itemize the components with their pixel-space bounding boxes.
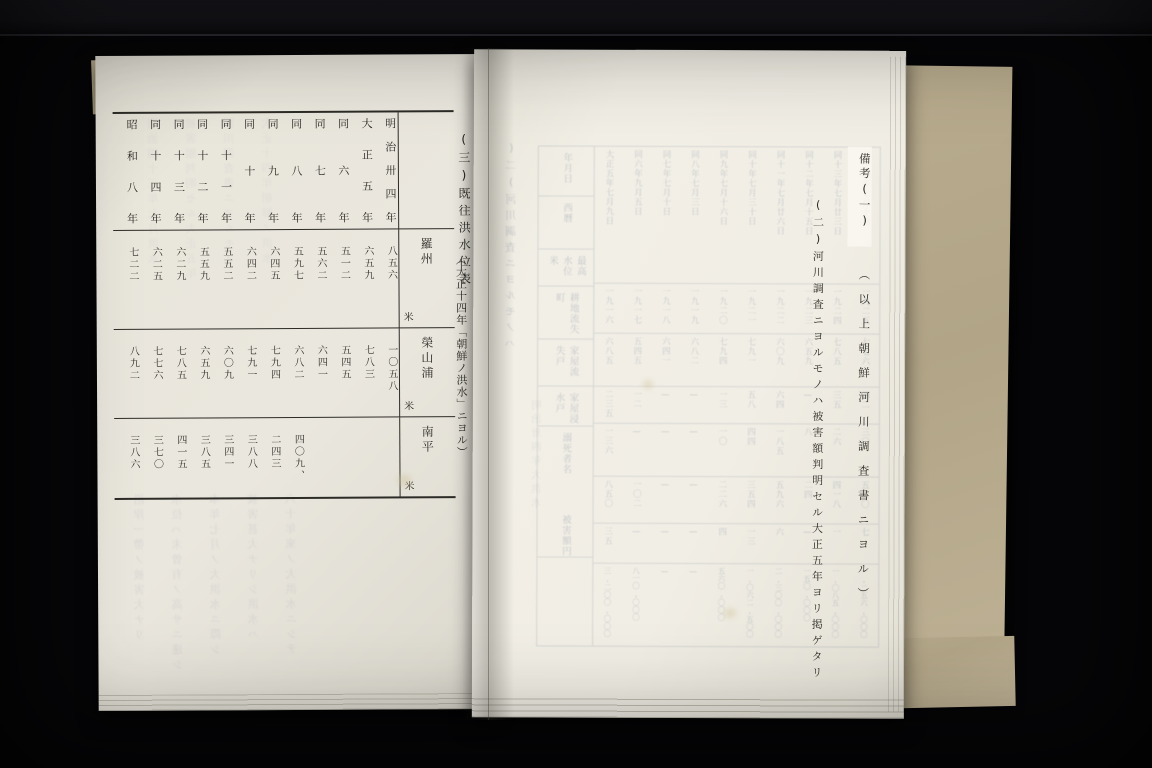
ghost-columns: 大正五年七月九日 一九一六 六八五 二三五 一三六 八五〇 三五 三,二〇〇,〇… <box>593 147 880 647</box>
ghost-date: 同十一年七月廿六日 <box>774 147 786 283</box>
ghost-cell: 二三五 <box>602 387 614 423</box>
water-level-value <box>329 418 353 497</box>
ghost-cell: 三五 <box>602 524 614 563</box>
ghost-cell: 一三 <box>744 524 756 563</box>
left-page: 大正十四年朝鮮ノ洪水河川調査書ニヨルモノ被害額判明セル大正五年明治四十三年七月洪… <box>95 54 493 711</box>
year-column-header: 同八年 <box>280 113 304 224</box>
water-level-value: 二四三 <box>258 418 282 497</box>
ghost-western-year: 一九二二 <box>773 284 785 333</box>
ghost-damage-amount: 一,〇八五,〇〇〇 <box>830 564 841 646</box>
bleed-column: 沿岸一帶ノ被害大ナリ <box>132 494 149 719</box>
water-level-value: 六五九 <box>187 329 211 417</box>
water-level-value: 三八六 <box>117 419 141 498</box>
water-level-value: 四〇九、 <box>282 418 306 497</box>
water-level-value: 七九四 <box>258 329 282 417</box>
ghost-cell: 四 <box>716 524 728 563</box>
ghost-cell: — <box>688 524 698 563</box>
ghost-cell: 一 <box>830 524 842 563</box>
ghost-cell: — <box>660 477 670 523</box>
station-name: 南平 <box>419 425 436 455</box>
station-cell: 羅州 米 <box>398 229 455 327</box>
ghost-year-column: 同八年七月三日 一九一九 六八二 — — — — — <box>679 147 709 646</box>
backdrop-top-edge <box>0 0 1152 36</box>
water-level-value: 三八八 <box>235 418 259 497</box>
ghost-western-year: 一九一六 <box>602 284 614 333</box>
ghost-cell: — <box>660 424 670 476</box>
ghost-year-column: 同七年七月十日 一九一八 六四一 — — — — — <box>650 147 680 646</box>
water-level-value: 六〇九 <box>211 329 235 417</box>
ghost-cell: 一八五 <box>773 424 785 476</box>
year-column-header: 同七年 <box>304 113 328 224</box>
ghost-cell: 六〇九 <box>773 334 785 386</box>
ghost-year-column: 同六年九月五日 一九一七 五四五 一二 — 一〇二 — 八一〇,〇〇〇 <box>622 147 652 646</box>
ghost-date: 同六年九月五日 <box>631 147 643 283</box>
ghost-cell: — <box>631 424 641 476</box>
ghost-cell: — <box>688 424 698 476</box>
ghost-date: 同十三年七月廿三日 <box>831 147 843 283</box>
ghost-cell: 三五 <box>830 387 842 423</box>
bleed-column: 被害甚大ナリシ洪水ハ <box>246 493 263 718</box>
ghost-year-column: 同十一年七月廿六日 一九二二 六〇九 六四 一八五 五九六 六 二,三〇〇,〇〇… <box>764 147 794 646</box>
table-row-yeongsanpo: 一〇五八七八三五四五六四一六八二七九四七九一六〇九六五九七八五七七六八九二 榮山… <box>114 328 455 419</box>
ghost-cell: 七九一 <box>745 334 757 386</box>
right-page: 年月日西曆最高水位米耕地流失町家屋流失戸家屋浸水戸溺死者名被害額円 大正五年七月… <box>472 49 906 719</box>
ghost-cell: — <box>688 477 698 523</box>
ghost-cell: — <box>660 387 670 423</box>
water-level-value: 七九一 <box>234 329 258 417</box>
ghost-cell: 二六 <box>830 424 842 476</box>
ghost-row-header: 最高水位米 <box>538 249 593 286</box>
remarks-note-one: 備考(一)（以上朝鮮河川調査書ニヨル） <box>855 153 873 673</box>
ghost-row-headers: 年月日西曆最高水位米耕地流失町家屋流失戸家屋浸水戸溺死者名被害額円 <box>537 146 595 645</box>
bleed-column: 六十年來ノ大洪水ニシテ <box>284 493 301 718</box>
ghost-row-header: 西曆 <box>538 196 593 249</box>
water-level-value: 五九七 <box>281 230 305 328</box>
ghost-damage-amount: — <box>688 564 697 646</box>
year-column-header: 明治卅四年 <box>374 112 398 223</box>
ghost-row-header: 家屋流失戸 <box>538 339 593 386</box>
ghost-year-column: 同九年七月十六日 一九二〇 七九四 一三 一〇 二二六 四 五六〇,〇〇〇 <box>707 147 737 646</box>
ghost-show-through-table: 年月日西曆最高水位米耕地流失町家屋流失戸家屋浸水戸溺死者名被害額円 大正五年七月… <box>536 145 881 647</box>
ghost-cell: 六八二 <box>688 334 700 386</box>
ghost-damage-amount: 八一〇,〇〇〇 <box>630 564 641 646</box>
ghost-cell: 三五四 <box>744 477 756 523</box>
ghost-date: 大正五年七月九日 <box>603 147 615 283</box>
ghost-cell: — <box>660 524 670 563</box>
year-column-header: 同十三年 <box>163 114 187 225</box>
ghost-date: 同十年七月三十日 <box>745 147 757 283</box>
ghost-cell: 二二六 <box>716 477 728 523</box>
paper-stain <box>724 608 736 618</box>
ghost-cell: — <box>631 524 641 563</box>
mirrored-bleed-text-secondary: 明治卅四年大洪水 <box>531 399 546 511</box>
ghost-cell: 五九六 <box>773 477 785 523</box>
water-level-value <box>352 418 376 497</box>
water-level-value: 四一五 <box>164 419 188 498</box>
year-column-header: 同六年 <box>327 113 351 224</box>
row-cells: 四〇九、二四三三八八三四一三八五四一五三七〇三八六 <box>114 417 399 497</box>
water-level-value: 七七六 <box>140 330 164 418</box>
water-level-value: 三四一 <box>211 418 235 497</box>
row-cells: 一〇五八七八三五四五六四一六八二七九四七九一六〇九六五九七八五七七六八九二 <box>114 328 399 417</box>
ghost-cell: 六 <box>773 524 785 563</box>
archival-photo-stage: 大正十四年朝鮮ノ洪水河川調査書ニヨルモノ被害額判明セル大正五年明治四十三年七月洪… <box>0 0 1152 768</box>
water-level-value: 八五六 <box>375 229 399 327</box>
water-level-value: 五五九 <box>187 230 211 328</box>
year-column-header: 大正五年 <box>351 113 375 224</box>
ghost-cell: 一〇 <box>716 424 728 476</box>
paper-stain <box>397 474 411 486</box>
ghost-cell: 八五〇 <box>602 477 614 523</box>
year-column-header: 昭和八年 <box>116 114 140 225</box>
ghost-row-header: 家屋浸水戸 <box>538 386 593 426</box>
paper-stain <box>643 380 653 389</box>
ghost-western-year: 一九二一 <box>745 284 757 333</box>
table-header-row: 明治卅四年大正五年同六年同七年同八年同九年同十年同十一年同十二年同十三年同十四年… <box>113 112 455 231</box>
year-column-header: 同十年 <box>233 113 257 224</box>
water-level-value <box>376 417 400 496</box>
ghost-row-header: 被害額円 <box>537 508 592 557</box>
ghost-year-column: 同十年七月三十日 一九二一 七九一 五八 四四 三五四 一三 一,〇六二,五〇〇 <box>736 147 766 646</box>
ghost-cell: 五八 <box>745 387 757 423</box>
ghost-date: 同九年七月十六日 <box>717 147 729 283</box>
ghost-cell: 六四 <box>773 387 785 423</box>
bleed-through-lower: 六十年來ノ大洪水ニシテ被害甚大ナリシ洪水ハ本年七月ノ大洪水ニ際シ水位ハ未曾有ノ高… <box>132 493 301 719</box>
ghost-damage-amount: 五六〇,〇〇〇 <box>716 564 727 646</box>
ghost-damage-amount: 一,〇六二,五〇〇 <box>744 564 755 646</box>
year-header-cells: 明治卅四年大正五年同六年同七年同八年同九年同十年同十一年同十二年同十三年同十四年… <box>113 112 399 229</box>
water-level-value: 五五二 <box>210 230 234 328</box>
remarks-note-two: (二)河川調査ニヨルモノハ被害額判明セル大正五年ヨリ掲ゲタリ <box>808 198 826 718</box>
water-level-value: 三八五 <box>188 418 212 497</box>
water-level-value: 五一二 <box>328 230 352 328</box>
unit-label: 米 <box>402 397 414 412</box>
ghost-western-year: 一九二〇 <box>716 284 728 333</box>
water-level-value: 六四一 <box>305 329 329 417</box>
water-level-value <box>305 418 329 497</box>
water-level-value: 六二五 <box>140 231 164 329</box>
water-level-value: 五六二 <box>304 230 328 328</box>
ghost-cell: 一〇二 <box>630 477 642 523</box>
ghost-cell: — <box>689 387 699 423</box>
ghost-date: 同八年七月三日 <box>688 147 700 283</box>
ghost-date: 同七年七月十日 <box>660 147 672 283</box>
water-level-value: 五四五 <box>328 329 352 417</box>
water-level-value: 一〇五八 <box>375 328 399 416</box>
ghost-western-year: 一九二四 <box>830 284 842 333</box>
ghost-cell: 七九四 <box>716 334 728 386</box>
ghost-damage-amount: 三,二〇〇,〇〇〇 <box>602 564 613 646</box>
page-fore-edge <box>888 57 906 712</box>
station-cell: 榮山浦 米 <box>399 328 455 416</box>
ghost-cell: 四一八 <box>830 477 842 523</box>
ghost-cell: 六八五 <box>602 334 614 386</box>
water-level-value: 三七〇 <box>141 419 165 498</box>
station-name: 榮山浦 <box>419 336 436 381</box>
water-level-value: 六八二 <box>281 329 305 417</box>
bleed-column: 本年七月ノ大洪水ニ際シ <box>208 493 225 718</box>
water-level-value: 六五九 <box>351 230 375 328</box>
ghost-cell: 七八五 <box>830 334 842 386</box>
water-level-value: 六四五 <box>257 230 281 328</box>
ghost-western-year: 一九一八 <box>659 284 671 333</box>
flood-level-table: 明治卅四年大正五年同六年同七年同八年同九年同十年同十一年同十二年同十三年同十四年… <box>113 110 456 500</box>
ghost-cell: 一三 <box>716 387 728 423</box>
row-cells: 八五六六五九五一二五六二五九七六四五六四二五五二五五九六二九六二五七二二 <box>113 229 399 328</box>
water-level-value: 八九二 <box>117 330 141 418</box>
year-column-header: 同九年 <box>257 113 281 224</box>
ghost-cell: 五四五 <box>631 334 643 386</box>
ghost-row-header: 年月日 <box>539 146 594 196</box>
bleed-column: 水位ハ未曾有ノ高サニ達シ <box>170 494 187 719</box>
station-name: 羅州 <box>418 237 435 267</box>
station-header-cell <box>398 112 455 228</box>
ghost-cell: 一三六 <box>602 424 614 476</box>
year-column-header: 同十一年 <box>210 113 234 224</box>
ghost-damage-amount: 二,三〇〇,〇〇〇 <box>773 564 784 646</box>
year-column-header: 同十二年 <box>186 113 210 224</box>
section-subtitle: （大正十四年「朝鮮ノ洪水」ニヨル） <box>452 254 469 458</box>
water-level-value: 七二二 <box>116 231 140 329</box>
year-column-header: 同十四年 <box>139 114 163 225</box>
mirrored-bleed-text: (二)河川調査ニヨルモノハ <box>503 141 520 353</box>
water-level-value: 七八五 <box>164 330 188 418</box>
remarks-one-text: （以上朝鮮河川調査書ニヨル） <box>856 268 871 611</box>
ghost-row-header: 溺死者名 <box>538 426 593 508</box>
ghost-cell: 四四 <box>744 424 756 476</box>
water-level-value: 六二九 <box>163 231 187 329</box>
ghost-western-year: 一九一九 <box>688 284 700 333</box>
ghost-row-header: 耕地流失町 <box>538 286 593 339</box>
table-row-naju: 八五六六五九五一二五六二五九七六四五六四二五五二五五九六二九六二五七二二 羅州 … <box>113 229 455 330</box>
water-level-value: 七八三 <box>352 329 376 417</box>
ghost-western-year: 一九一七 <box>631 284 643 333</box>
ghost-cell: 六四一 <box>659 334 671 386</box>
ghost-damage-amount: — <box>660 564 669 646</box>
ghost-year-column: 大正五年七月九日 一九一六 六八五 二三五 一三六 八五〇 三五 三,二〇〇,〇… <box>593 147 623 646</box>
unit-label: 米 <box>402 308 414 323</box>
ghost-cell: 一二 <box>631 387 643 423</box>
remarks-label: 備考(一) <box>858 153 872 231</box>
water-level-value: 六四二 <box>234 230 258 328</box>
